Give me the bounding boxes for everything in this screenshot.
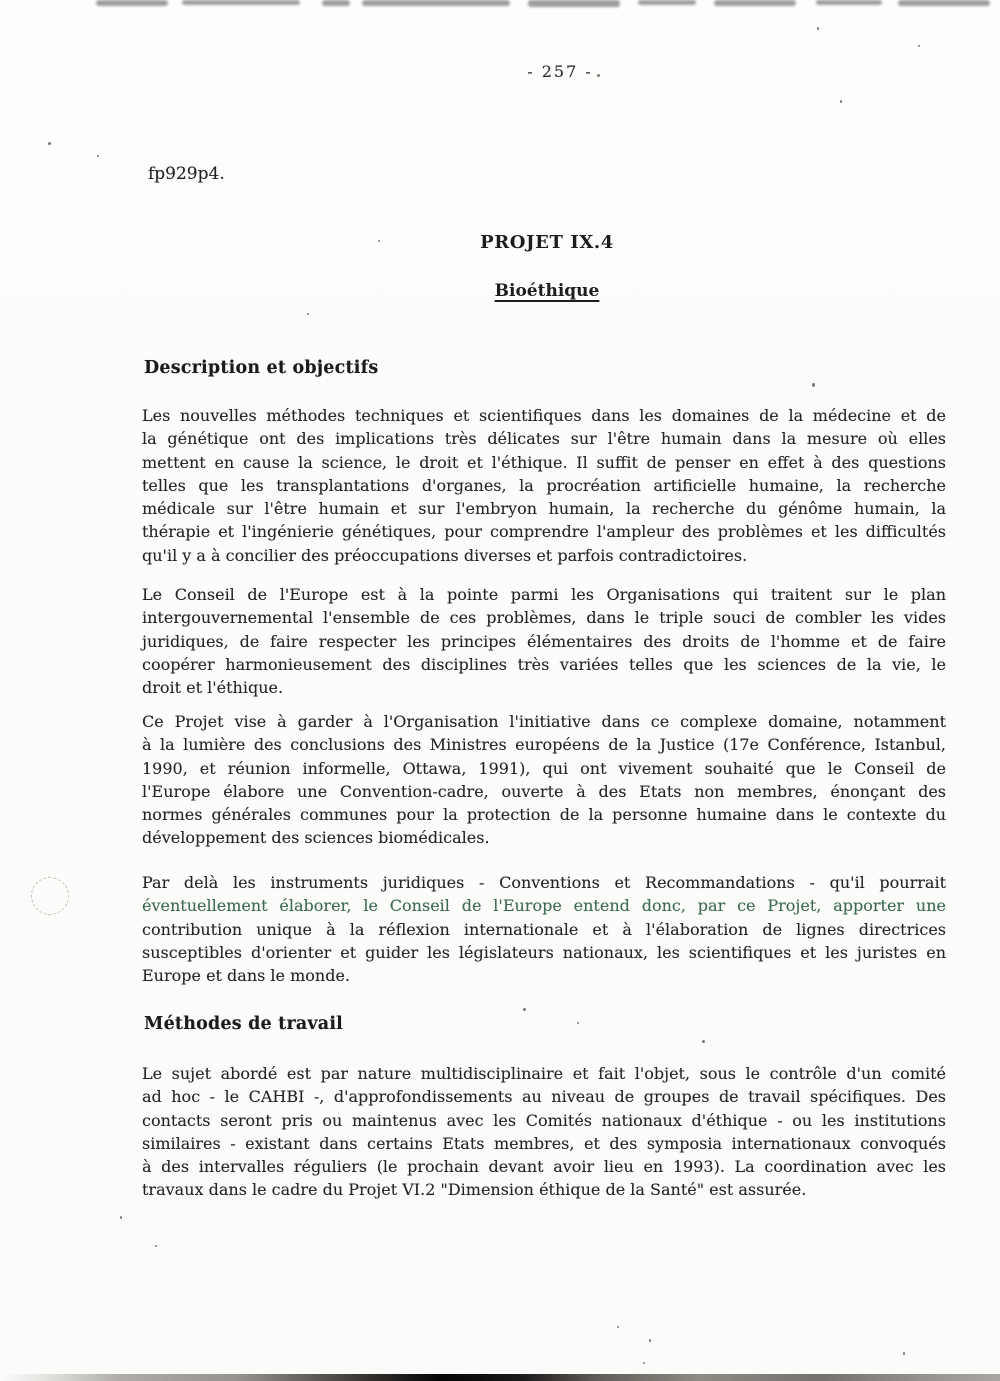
scan-speck [649, 1339, 651, 1342]
text-line: telles que les transplantations d'organe… [142, 474, 946, 497]
scan-speck [120, 1216, 122, 1219]
paragraph: Le Conseil de l'Europe est à la pointe p… [142, 583, 946, 699]
text-line: Ce Projet vise à garder à l'Organisation… [142, 710, 946, 733]
scan-smudge [898, 0, 990, 6]
text-line: normes générales communes pour la protec… [142, 803, 946, 826]
text-line: susceptibles d'orienter et guider les lé… [142, 941, 946, 964]
section-heading-methods: Méthodes de travail [144, 1014, 343, 1034]
text-line: l'Europe élabore une Convention-cadre, o… [142, 780, 946, 803]
scan-speck [577, 1022, 579, 1024]
scan-speck [48, 142, 51, 145]
text-line: juridiques, de faire respecter les princ… [142, 630, 946, 653]
scan-smudge [182, 0, 300, 5]
text-line: Europe et dans le monde. [142, 964, 946, 987]
text-line: 1990, et réunion informelle, Ottawa, 199… [142, 757, 946, 780]
text-line: Le sujet abordé est par nature multidisc… [142, 1062, 946, 1085]
scan-bottom-edge [0, 1374, 1000, 1381]
pen-circle-mark [27, 873, 72, 918]
text-line: Les nouvelles méthodes techniques et sci… [142, 404, 946, 427]
page-number: - 257 - [142, 62, 978, 81]
text-line: développement des sciences biomédicales. [142, 826, 946, 849]
scan-smudge [322, 0, 350, 6]
scan-speck [812, 383, 815, 387]
text-line: ad hoc - le CAHBI -, d'approfondissement… [142, 1085, 946, 1108]
document-code: fp929p4. [148, 164, 225, 184]
text-line: qu'il y a à concilier des préoccupations… [142, 544, 946, 567]
project-subtitle: Bioéthique [495, 281, 600, 301]
text-line: médicale sur l'être humain et sur l'embr… [142, 497, 946, 520]
text-line: contacts seront pris ou maintenus avec l… [142, 1109, 946, 1132]
text-line: coopérer harmonieusement des disciplines… [142, 653, 946, 676]
text-line: contribution unique à la réflexion inter… [142, 918, 946, 941]
paragraph: Le sujet abordé est par nature multidisc… [142, 1062, 946, 1202]
scan-speck [523, 1008, 526, 1011]
text-line: thérapie et l'ingénierie génétiques, pou… [142, 520, 946, 543]
paragraph: Ce Projet vise à garder à l'Organisation… [142, 710, 946, 850]
text-line: éventuellement élaborer, le Conseil de l… [142, 894, 946, 917]
text-line: travaux dans le cadre du Projet VI.2 "Di… [142, 1178, 946, 1201]
section-heading-description: Description et objectifs [144, 358, 378, 378]
text-line: à la lumière des conclusions des Ministr… [142, 733, 946, 756]
paragraph: Les nouvelles méthodes techniques et sci… [142, 404, 946, 567]
text-line: intergouvernemental l'ensemble de ces pr… [142, 606, 946, 629]
text-line: Par delà les instruments juridiques - Co… [142, 871, 946, 894]
title-block: PROJET IX.4 Bioéthique [142, 232, 952, 301]
scan-smudge [96, 0, 168, 6]
text-line: mettent en cause la science, le droit et… [142, 451, 946, 474]
scan-speck [97, 155, 99, 157]
subtitle-row: Bioéthique [142, 253, 952, 301]
text-line: Le Conseil de l'Europe est à la pointe p… [142, 583, 946, 606]
text-line: droit et l'éthique. [142, 676, 946, 699]
scan-speck [307, 313, 309, 315]
text-line: à des intervalles réguliers (le prochain… [142, 1155, 946, 1178]
scan-speck [702, 1040, 705, 1043]
text-line: la génétique ont des implications très d… [142, 427, 946, 450]
scan-speck [155, 1245, 157, 1247]
scan-speck [840, 100, 842, 103]
scan-smudge [362, 0, 510, 6]
project-title: PROJET IX.4 [142, 232, 952, 253]
scan-speck [817, 27, 819, 30]
scan-speck [903, 1352, 905, 1355]
scan-smudge [528, 0, 620, 7]
scan-smudge [638, 0, 696, 5]
text-line: similaires - existant dans certains Etat… [142, 1132, 946, 1155]
paragraph: Par delà les instruments juridiques - Co… [142, 871, 946, 987]
scan-smudge [714, 0, 796, 6]
scanned-document-page: - 257 - fp929p4. PROJET IX.4 Bioéthique … [0, 0, 1000, 1381]
scan-smudge [816, 0, 882, 5]
scan-speck [918, 45, 920, 47]
scan-speck [643, 1362, 645, 1364]
scan-speck [617, 1326, 619, 1328]
